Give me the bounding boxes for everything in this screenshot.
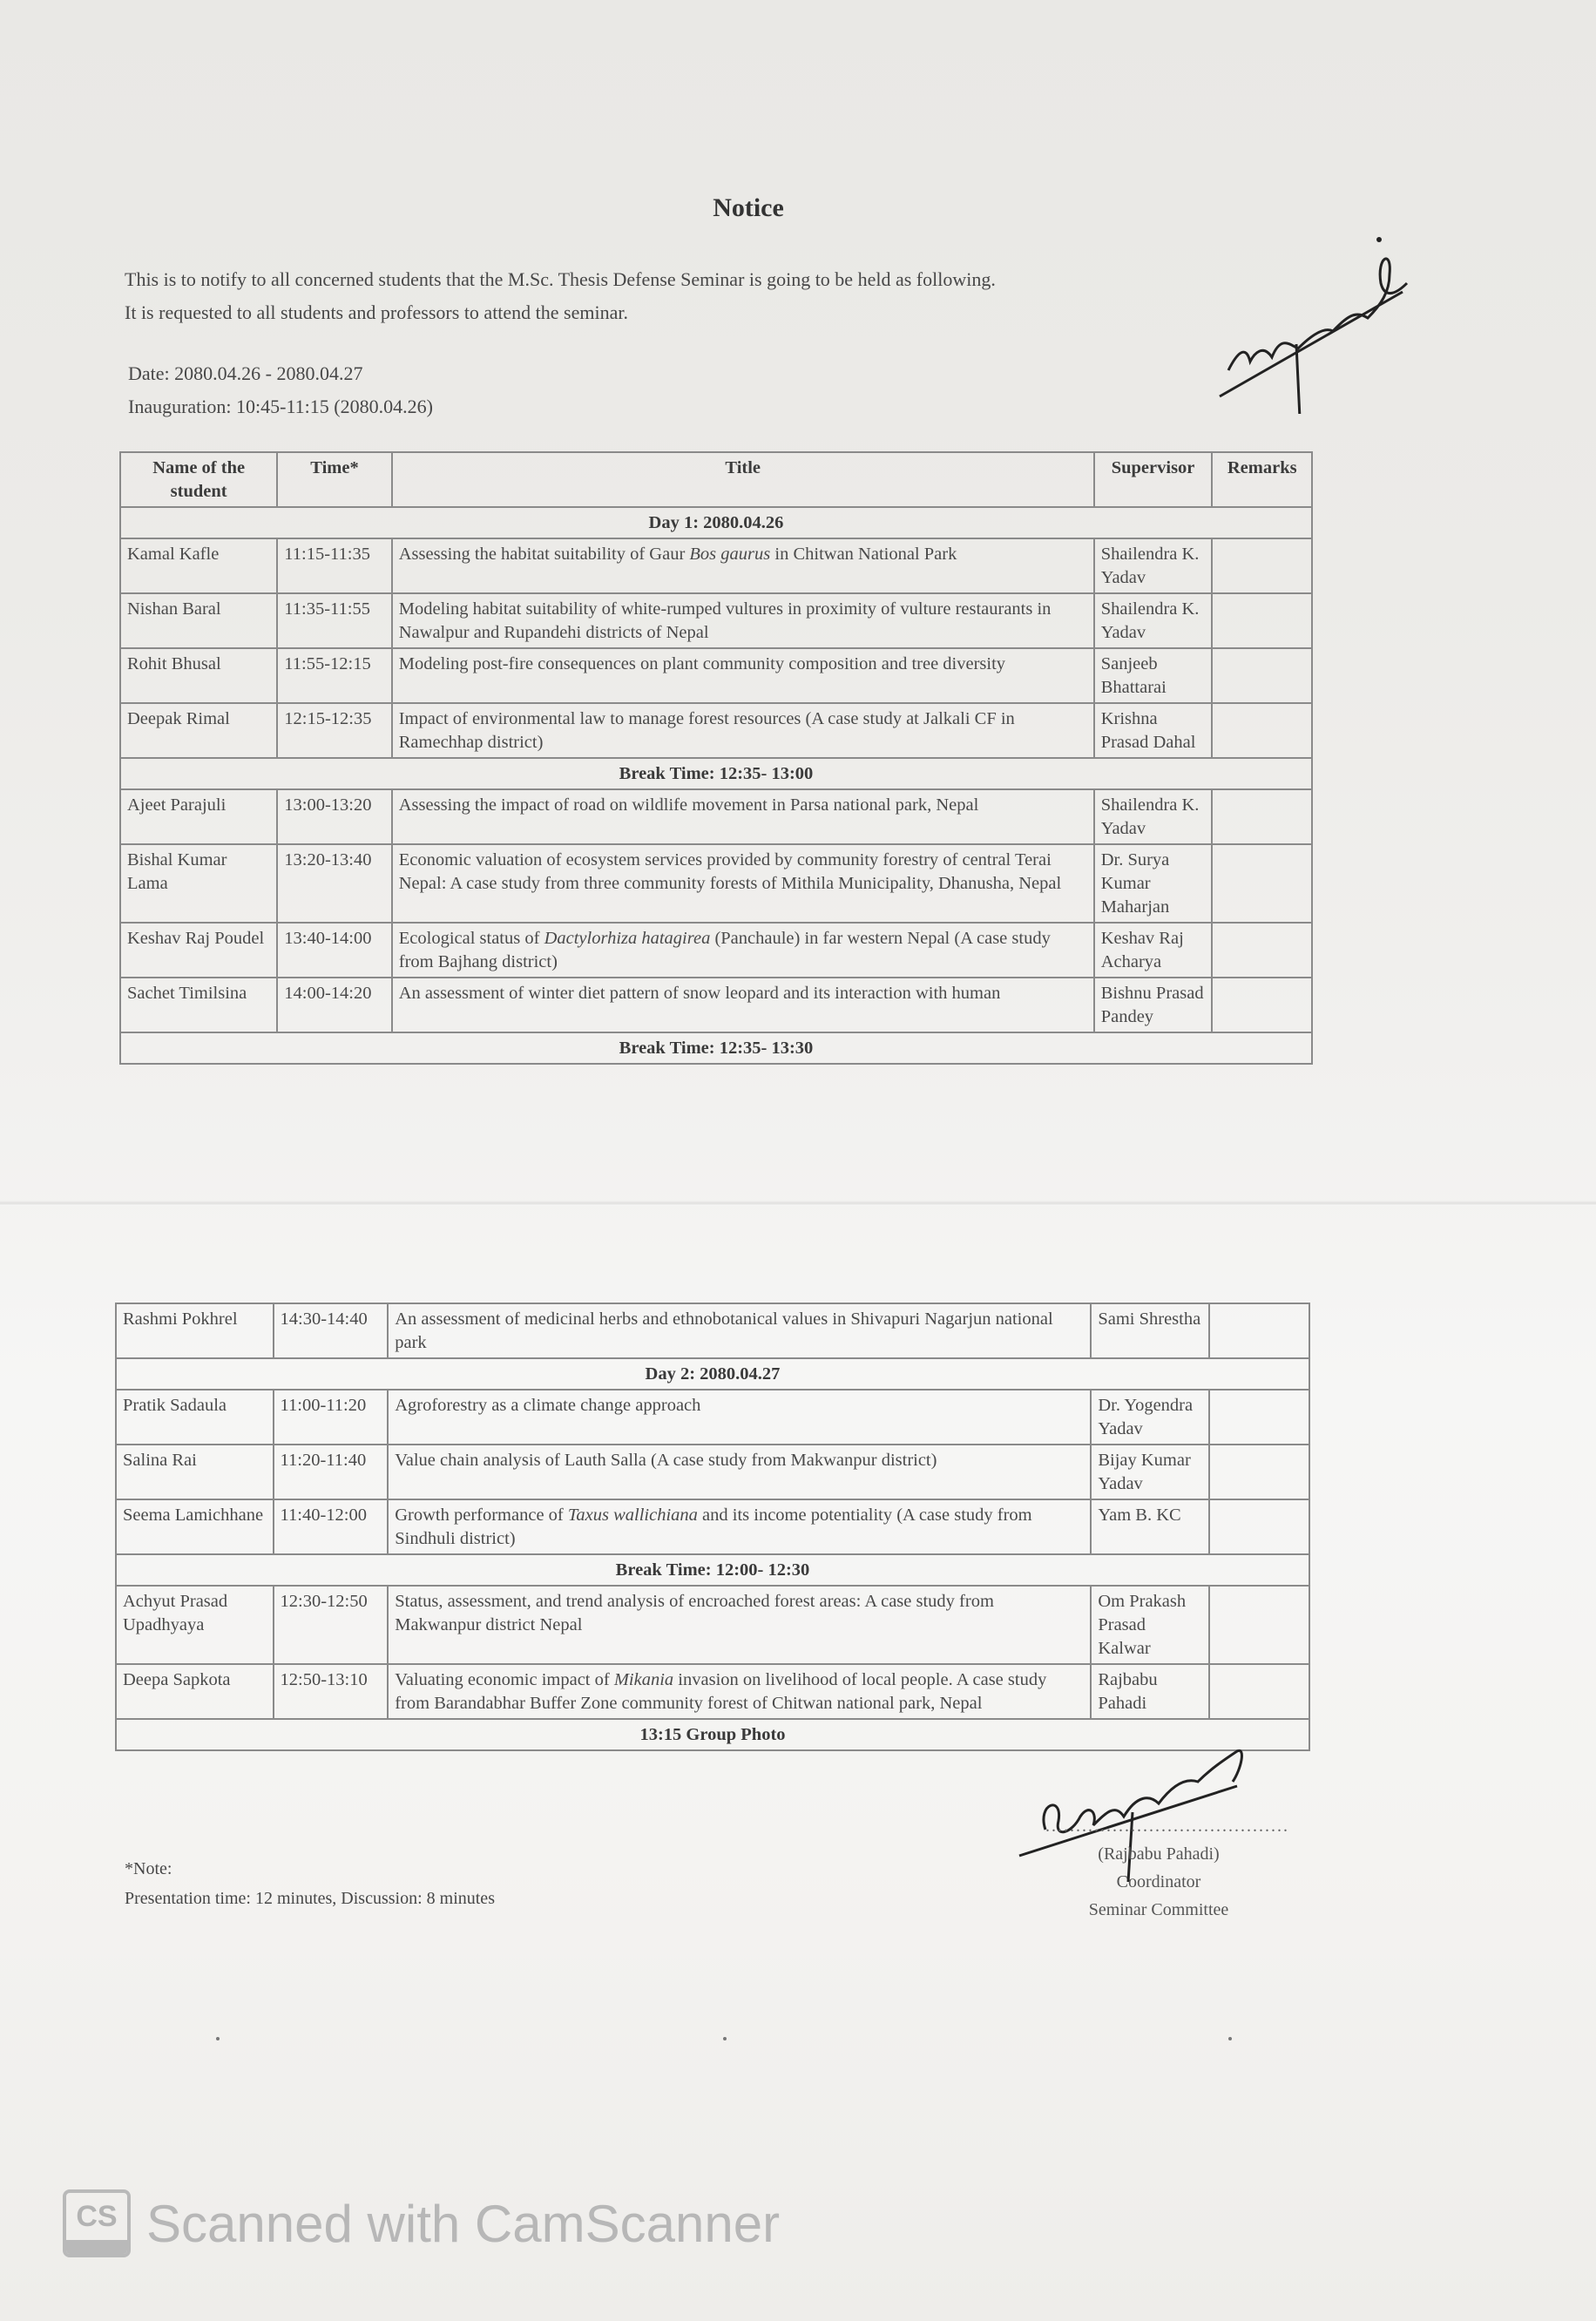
- header-name: Name of the student: [120, 452, 277, 507]
- thesis-title: Status, assessment, and trend analysis o…: [388, 1586, 1091, 1664]
- paper-speck: [216, 2037, 220, 2040]
- signature-top-right: [1202, 222, 1429, 414]
- paper-speck: [723, 2037, 727, 2040]
- inauguration-time: Inauguration: 10:45-11:15 (2080.04.26): [128, 390, 433, 423]
- remarks-cell: [1209, 1445, 1309, 1499]
- thesis-title: Value chain analysis of Lauth Salla (A c…: [388, 1445, 1091, 1499]
- supervisor-name: Dr. Surya Kumar Maharjan: [1094, 844, 1213, 923]
- student-name: Rohit Bhusal: [120, 648, 277, 703]
- table-row: Sachet Timilsina14:00-14:20An assessment…: [120, 978, 1312, 1032]
- remarks-cell: [1212, 789, 1312, 844]
- note-label: *Note:: [125, 1854, 495, 1884]
- page-fold-crease: [0, 1201, 1596, 1206]
- table-row: Rashmi Pokhrel14:30-14:40An assessment o…: [116, 1303, 1309, 1358]
- remarks-cell: [1209, 1586, 1309, 1664]
- table-row: Ajeet Parajuli13:00-13:20Assessing the i…: [120, 789, 1312, 844]
- seminar-date: Date: 2080.04.26 - 2080.04.27: [128, 357, 433, 390]
- supervisor-name: Keshav Raj Acharya: [1094, 923, 1213, 978]
- time-slot: 13:00-13:20: [277, 789, 391, 844]
- time-slot: 13:20-13:40: [277, 844, 391, 923]
- header-remarks: Remarks: [1212, 452, 1312, 507]
- time-slot: 11:20-11:40: [274, 1445, 389, 1499]
- thesis-title: Assessing the impact of road on wildlife…: [392, 789, 1094, 844]
- thesis-title: An assessment of medicinal herbs and eth…: [388, 1303, 1091, 1358]
- table-row: Achyut Prasad Upadhyaya12:30-12:50Status…: [116, 1586, 1309, 1664]
- student-name: Salina Rai: [116, 1445, 274, 1499]
- time-slot: 14:30-14:40: [274, 1303, 389, 1358]
- student-name: Keshav Raj Poudel: [120, 923, 277, 978]
- table-section-row: Break Time: 12:35- 13:00: [120, 758, 1312, 789]
- time-slot: 11:15-11:35: [277, 538, 391, 593]
- student-name: Ajeet Parajuli: [120, 789, 277, 844]
- time-slot: 11:35-11:55: [277, 593, 391, 648]
- table-row: Kamal Kafle11:15-11:35Assessing the habi…: [120, 538, 1312, 593]
- camscanner-logo-icon: CS: [63, 2189, 131, 2257]
- remarks-cell: [1212, 703, 1312, 758]
- time-slot: 11:40-12:00: [274, 1499, 389, 1554]
- supervisor-name: Yam B. KC: [1091, 1499, 1209, 1554]
- section-label: Break Time: 12:00- 12:30: [116, 1554, 1309, 1586]
- signature-line: ........................................: [1045, 1812, 1272, 1840]
- remarks-cell: [1209, 1499, 1309, 1554]
- intro-line-1: This is to notify to all concerned stude…: [125, 263, 996, 296]
- remarks-cell: [1212, 538, 1312, 593]
- table-row: Pratik Sadaula11:00-11:20Agroforestry as…: [116, 1390, 1309, 1445]
- notice-intro: This is to notify to all concerned stude…: [125, 263, 996, 329]
- thesis-title: Valuating economic impact of Mikania inv…: [388, 1664, 1091, 1719]
- time-slot: 12:50-13:10: [274, 1664, 389, 1719]
- watermark-text: Scanned with CamScanner: [146, 2194, 780, 2254]
- table-row: Rohit Bhusal11:55-12:15Modeling post-fir…: [120, 648, 1312, 703]
- remarks-cell: [1212, 648, 1312, 703]
- remarks-cell: [1209, 1303, 1309, 1358]
- thesis-title: Modeling post-fire consequences on plant…: [392, 648, 1094, 703]
- supervisor-name: Shailendra K. Yadav: [1094, 538, 1213, 593]
- supervisor-name: Sami Shrestha: [1091, 1303, 1209, 1358]
- section-label: Day 1: 2080.04.26: [120, 507, 1312, 538]
- signatory-name: (Rajbabu Pahadi): [1045, 1840, 1272, 1868]
- supervisor-name: Sanjeeb Bhattarai: [1094, 648, 1213, 703]
- time-slot: 11:55-12:15: [277, 648, 391, 703]
- remarks-cell: [1209, 1390, 1309, 1445]
- student-name: Seema Lamichhane: [116, 1499, 274, 1554]
- signatory-block: ........................................…: [1045, 1812, 1272, 1924]
- remarks-cell: [1212, 593, 1312, 648]
- remarks-cell: [1209, 1664, 1309, 1719]
- time-slot: 12:15-12:35: [277, 703, 391, 758]
- thesis-title: Ecological status of Dactylorhiza hatagi…: [392, 923, 1094, 978]
- table-section-row: Day 2: 2080.04.27: [116, 1358, 1309, 1390]
- supervisor-name: Krishna Prasad Dahal: [1094, 703, 1213, 758]
- supervisor-name: Rajbabu Pahadi: [1091, 1664, 1209, 1719]
- student-name: Deepak Rimal: [120, 703, 277, 758]
- time-slot: 12:30-12:50: [274, 1586, 389, 1664]
- student-name: Sachet Timilsina: [120, 978, 277, 1032]
- thesis-title: Agroforestry as a climate change approac…: [388, 1390, 1091, 1445]
- thesis-title: Impact of environmental law to manage fo…: [392, 703, 1094, 758]
- section-label: Break Time: 12:35- 13:30: [120, 1032, 1312, 1064]
- header-title: Title: [392, 452, 1094, 507]
- section-label: Day 2: 2080.04.27: [116, 1358, 1309, 1390]
- table-row: Salina Rai11:20-11:40Value chain analysi…: [116, 1445, 1309, 1499]
- student-name: Bishal Kumar Lama: [120, 844, 277, 923]
- table-section-row: Day 1: 2080.04.26: [120, 507, 1312, 538]
- student-name: Kamal Kafle: [120, 538, 277, 593]
- table-row: Deepak Rimal12:15-12:35Impact of environ…: [120, 703, 1312, 758]
- table-row: Deepa Sapkota12:50-13:10Valuating econom…: [116, 1664, 1309, 1719]
- note-text: Presentation time: 12 minutes, Discussio…: [125, 1884, 495, 1913]
- paper-speck: [1228, 2037, 1232, 2040]
- remarks-cell: [1212, 923, 1312, 978]
- table-section-row: Break Time: 12:35- 13:30: [120, 1032, 1312, 1064]
- supervisor-name: Om Prakash Prasad Kalwar: [1091, 1586, 1209, 1664]
- section-label: Break Time: 12:35- 13:00: [120, 758, 1312, 789]
- schedule-table-day1: Name of the student Time* Title Supervis…: [119, 451, 1313, 1065]
- signatory-role: Coordinator: [1045, 1868, 1272, 1896]
- supervisor-name: Shailendra K. Yadav: [1094, 593, 1213, 648]
- supervisor-name: Shailendra K. Yadav: [1094, 789, 1213, 844]
- thesis-title: Growth performance of Taxus wallichiana …: [388, 1499, 1091, 1554]
- student-name: Pratik Sadaula: [116, 1390, 274, 1445]
- thesis-title: An assessment of winter diet pattern of …: [392, 978, 1094, 1032]
- header-supervisor: Supervisor: [1094, 452, 1213, 507]
- thesis-title: Economic valuation of ecosystem services…: [392, 844, 1094, 923]
- student-name: Deepa Sapkota: [116, 1664, 274, 1719]
- student-name: Rashmi Pokhrel: [116, 1303, 274, 1358]
- table-section-row: Break Time: 12:00- 12:30: [116, 1554, 1309, 1586]
- thesis-title: Assessing the habitat suitability of Gau…: [392, 538, 1094, 593]
- supervisor-name: Bishnu Prasad Pandey: [1094, 978, 1213, 1032]
- camscanner-watermark: CS Scanned with CamScanner: [63, 2189, 780, 2257]
- seminar-dates: Date: 2080.04.26 - 2080.04.27 Inaugurati…: [128, 357, 433, 423]
- notice-title: Notice: [0, 193, 1497, 223]
- table-row: Nishan Baral11:35-11:55Modeling habitat …: [120, 593, 1312, 648]
- note-block: *Note: Presentation time: 12 minutes, Di…: [125, 1854, 495, 1913]
- thesis-title: Modeling habitat suitability of white-ru…: [392, 593, 1094, 648]
- intro-line-2: It is requested to all students and prof…: [125, 296, 996, 329]
- time-slot: 14:00-14:20: [277, 978, 391, 1032]
- table-row: Bishal Kumar Lama13:20-13:40Economic val…: [120, 844, 1312, 923]
- time-slot: 13:40-14:00: [277, 923, 391, 978]
- table-row: Keshav Raj Poudel13:40-14:00Ecological s…: [120, 923, 1312, 978]
- supervisor-name: Bijay Kumar Yadav: [1091, 1445, 1209, 1499]
- schedule-table-day2: Rashmi Pokhrel14:30-14:40An assessment o…: [115, 1303, 1310, 1751]
- remarks-cell: [1212, 978, 1312, 1032]
- student-name: Nishan Baral: [120, 593, 277, 648]
- signatory-committee: Seminar Committee: [1045, 1896, 1272, 1924]
- table-row: Seema Lamichhane11:40-12:00Growth perfor…: [116, 1499, 1309, 1554]
- supervisor-name: Dr. Yogendra Yadav: [1091, 1390, 1209, 1445]
- time-slot: 11:00-11:20: [274, 1390, 389, 1445]
- header-time: Time*: [277, 452, 391, 507]
- table-header-row: Name of the student Time* Title Supervis…: [120, 452, 1312, 507]
- remarks-cell: [1212, 844, 1312, 923]
- student-name: Achyut Prasad Upadhyaya: [116, 1586, 274, 1664]
